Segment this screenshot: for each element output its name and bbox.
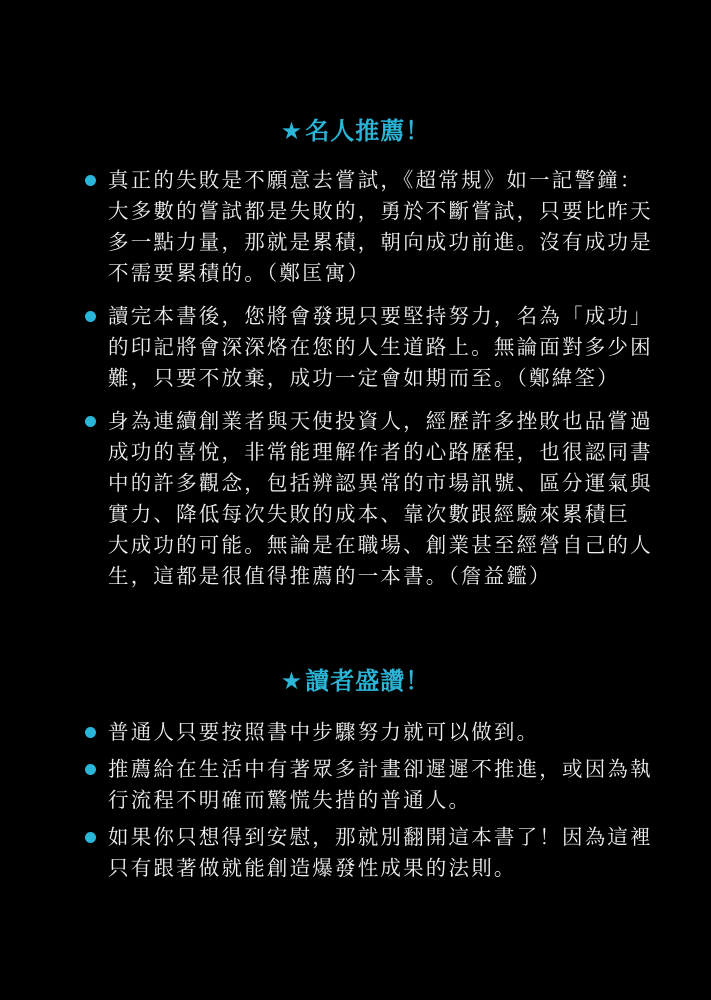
text-line: 普通人只要按照書中步驟努力就可以做到。 xyxy=(108,717,644,748)
list-item: 讀完本書後，您將會發現只要堅持努力，名為「成功」 的印記將會深深烙在您的人生道路… xyxy=(84,301,644,394)
section-title-celebrity-recommendations: ★名人推薦！ xyxy=(0,116,711,146)
text-line: 只有跟著做就能創造爆發性成果的法則。 xyxy=(108,853,644,884)
list-item: 真正的失敗是不願意去嘗試，《超常規》如一記警鐘： 大多數的嘗試都是失敗的，勇於不… xyxy=(84,165,644,289)
text-line: 讀完本書後，您將會發現只要堅持努力，名為「成功」 xyxy=(108,301,644,332)
section-title-text: 讀者盛讚！ xyxy=(305,667,430,695)
list-item: 普通人只要按照書中步驟努力就可以做到。 xyxy=(84,717,644,748)
text-line: 的印記將會深深烙在您的人生道路上。無論面對多少困 xyxy=(108,332,644,363)
bullet-dot-icon xyxy=(85,764,96,775)
section-title-text: 名人推薦！ xyxy=(305,117,430,145)
text-line: 真正的失敗是不願意去嘗試，《超常規》如一記警鐘： xyxy=(108,165,644,196)
text-line: 大多數的嘗試都是失敗的，勇於不斷嘗試，只要比昨天 xyxy=(108,196,644,227)
bullet-dot-icon xyxy=(85,416,96,427)
reader-praise-list: 普通人只要按照書中步驟努力就可以做到。 推薦給在生活中有著眾多計畫卻遲遲不推進，… xyxy=(84,717,644,884)
text-line: 如果你只想得到安慰，那就別翻開這本書了！因為這裡 xyxy=(108,822,644,853)
bullet-dot-icon xyxy=(85,175,96,186)
list-item: 如果你只想得到安慰，那就別翻開這本書了！因為這裡 只有跟著做就能創造爆發性成果的… xyxy=(84,822,644,884)
star-icon: ★ xyxy=(281,667,304,695)
text-line: 推薦給在生活中有著眾多計畫卻遲遲不推進，或因為執 xyxy=(108,754,644,785)
book-page: ★名人推薦！ 真正的失敗是不願意去嘗試，《超常規》如一記警鐘： 大多數的嘗試都是… xyxy=(0,0,711,1000)
text-line: 行流程不明確而驚慌失措的普通人。 xyxy=(108,785,644,816)
list-item: 身為連續創業者與天使投資人，經歷許多挫敗也品嘗過 成功的喜悅，非常能理解作者的心… xyxy=(84,406,644,592)
text-line: 難，只要不放棄，成功一定會如期而至。（鄭緯筌） xyxy=(108,363,644,394)
text-line: 不需要累積的。（鄭匡寓） xyxy=(108,258,644,289)
text-line: 身為連續創業者與天使投資人，經歷許多挫敗也品嘗過 xyxy=(108,406,644,437)
text-line: 大成功的可能。無論是在職場、創業甚至經營自己的人 xyxy=(108,530,644,561)
text-line: 生，這都是很值得推薦的一本書。（詹益鑑） xyxy=(108,561,644,592)
text-line: 多一點力量，那就是累積，朝向成功前進。沒有成功是 xyxy=(108,227,644,258)
bullet-dot-icon xyxy=(85,832,96,843)
text-line: 實力、降低每次失敗的成本、靠次數跟經驗來累積巨 xyxy=(108,499,644,530)
bullet-dot-icon xyxy=(85,727,96,738)
list-item: 推薦給在生活中有著眾多計畫卻遲遲不推進，或因為執 行流程不明確而驚慌失措的普通人… xyxy=(84,754,644,816)
section-title-reader-praise: ★讀者盛讚！ xyxy=(0,666,711,696)
text-line: 中的許多觀念，包括辨認異常的市場訊號、區分運氣與 xyxy=(108,468,644,499)
text-line: 成功的喜悅，非常能理解作者的心路歷程，也很認同書 xyxy=(108,437,644,468)
celebrity-recommendation-list: 真正的失敗是不願意去嘗試，《超常規》如一記警鐘： 大多數的嘗試都是失敗的，勇於不… xyxy=(84,165,644,592)
star-icon: ★ xyxy=(281,117,304,145)
bullet-dot-icon xyxy=(85,311,96,322)
